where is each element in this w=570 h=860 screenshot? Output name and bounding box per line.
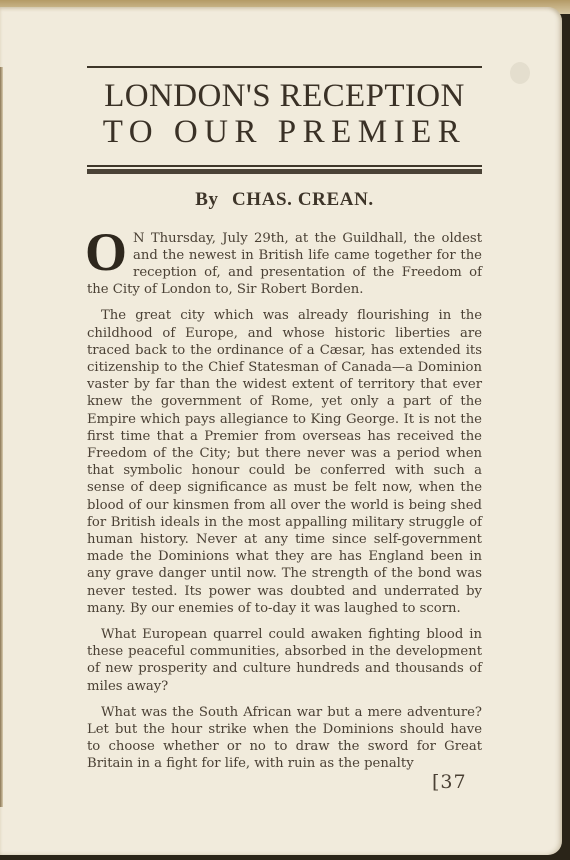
lead-paragraph: ON Thursday, July 29th, at the Guildhall…	[87, 230, 482, 299]
title-line-2: TO OUR PREMIER	[87, 114, 482, 150]
paragraph: What European quarrel could awaken fight…	[87, 626, 482, 695]
byline-prefix: By	[195, 189, 218, 210]
byline: By CHAS. CREAN.	[87, 189, 482, 211]
top-rule	[87, 66, 482, 68]
paragraph: The great city which was already flouris…	[87, 307, 482, 617]
byline-author: CHAS. CREAN.	[232, 189, 374, 210]
paper-stain	[510, 62, 530, 84]
lead-text: Thursday, July 29th, at the Guildhall, t…	[87, 231, 482, 298]
article-body: ON Thursday, July 29th, at the Guildhall…	[87, 230, 482, 773]
page-number: [37	[432, 771, 467, 793]
lead-first-word: N	[133, 231, 145, 246]
title-line-1: LONDON'S RECEPTION	[87, 78, 482, 114]
rule-thick-line	[87, 169, 482, 174]
paragraph: What was the South African war but a mer…	[87, 704, 482, 773]
article: LONDON'S RECEPTION TO OUR PREMIER By CHA…	[87, 66, 482, 782]
rule-thin-line	[87, 165, 482, 167]
page-spine-edge	[0, 67, 3, 807]
title-double-rule	[87, 165, 482, 174]
article-title: LONDON'S RECEPTION TO OUR PREMIER	[87, 78, 482, 150]
drop-cap: O	[85, 232, 127, 276]
